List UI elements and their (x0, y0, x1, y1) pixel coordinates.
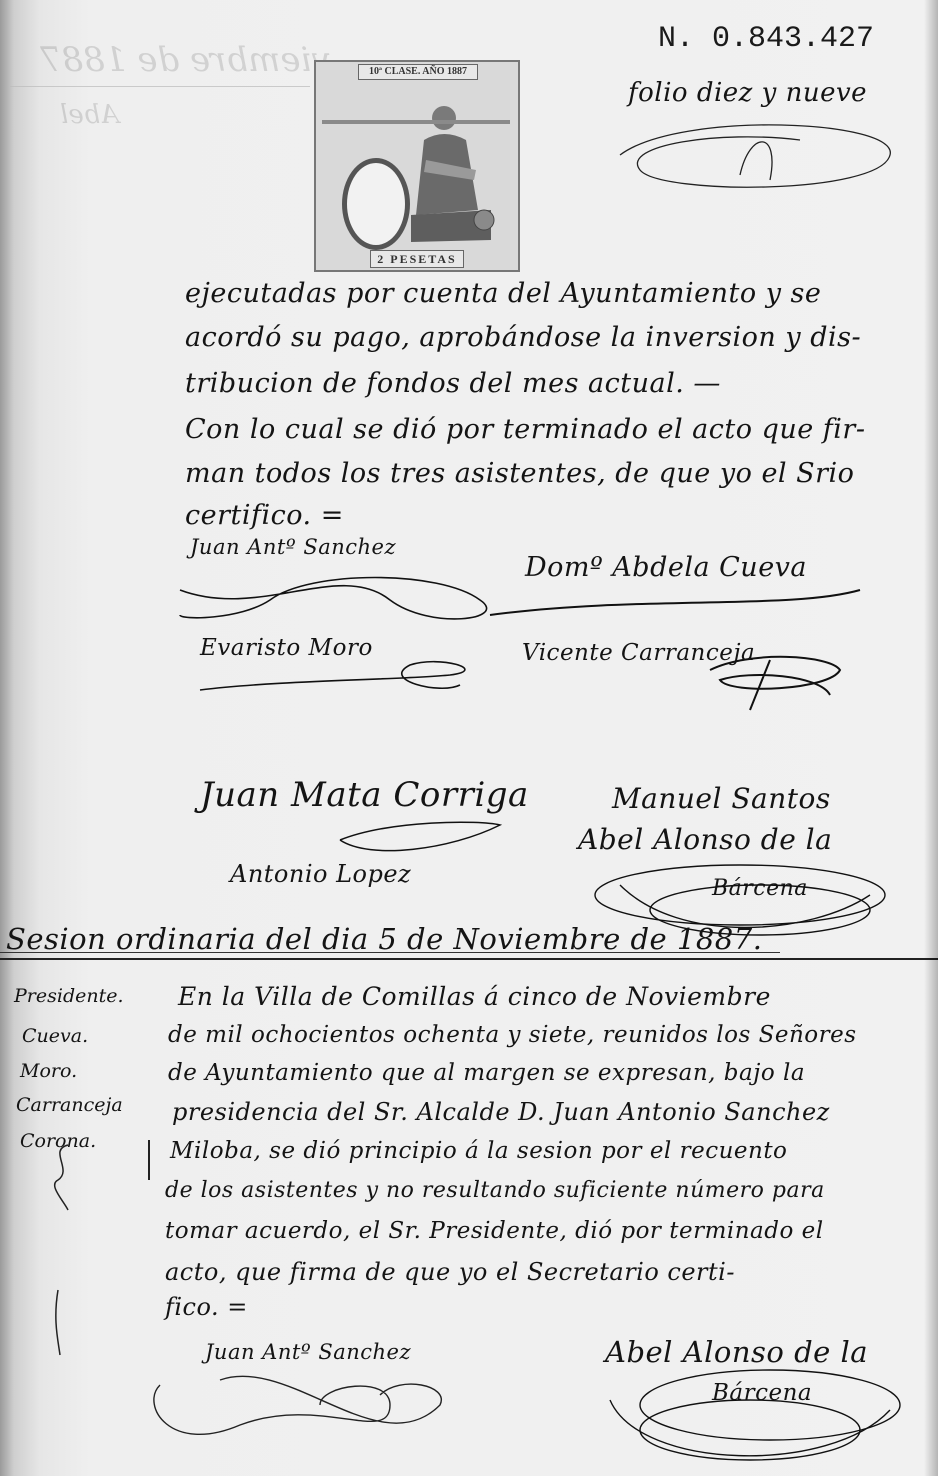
text-line: ejecutadas por cuenta del Ayuntamiento y… (185, 278, 821, 309)
text-line: tribucion de fondos del mes actual. — (185, 368, 721, 399)
bleed-through-text: Abel (60, 100, 119, 130)
folio-flourish (600, 100, 920, 210)
signature-scribble (710, 650, 850, 710)
session-heading: Sesion ordinaria del dia 5 de Noviembre … (6, 922, 762, 956)
signature: Antonio Lopez (230, 860, 411, 888)
signature-flourish (140, 1365, 460, 1465)
margin-brace (38, 1140, 78, 1360)
text-line: fico. = (165, 1293, 248, 1321)
signature-flourish (330, 820, 510, 860)
signature: Domº Abdela Cueva (525, 552, 807, 583)
text-line: Con lo cual se dió por terminado el acto… (185, 414, 865, 445)
text-line: de Ayuntamiento que al margen se expresa… (168, 1060, 805, 1086)
signature: Evaristo Moro (200, 635, 373, 661)
text-line: En la Villa de Comillas á cinco de Novie… (178, 982, 771, 1011)
margin-attendee: Moro. (20, 1060, 77, 1082)
stamp-bench (322, 120, 510, 124)
signature: Abel Alonso de la (578, 823, 832, 856)
signature: Juan Antº Sanchez (205, 1340, 411, 1364)
signature-underline (490, 585, 870, 625)
text-line: de mil ochocientos ochenta y siete, reun… (168, 1022, 857, 1048)
text-line: tomar acuerdo, el Sr. Presidente, dió po… (165, 1218, 824, 1244)
signature-flourish (180, 560, 500, 640)
text-line: de los asistentes y no resultando sufici… (165, 1178, 825, 1203)
signature: Juan Antº Sanchez (190, 535, 396, 559)
document-page: …viembre de 1887 Abel 10ª CLASE. AÑO 188… (0, 0, 938, 1476)
serial-number: N. 0.843.427 (658, 22, 874, 56)
margin-attendee: Presidente. (14, 985, 124, 1007)
text-line: Miloba, se dió principio á la sesion por… (170, 1138, 787, 1164)
margin-bracket (148, 1140, 150, 1180)
revenue-stamp: 10ª CLASE. AÑO 1887 2 PESETAS (314, 60, 520, 272)
margin-attendee: Cueva. (22, 1025, 88, 1047)
signature-flourish (600, 1360, 910, 1475)
stamp-oval-cartouche (342, 158, 410, 250)
bleed-through-rule (10, 86, 310, 87)
text-line: acto, que firma de que yo el Secretario … (165, 1258, 735, 1286)
signature: Juan Mata Corriga (200, 775, 529, 815)
text-line: certifico. = (185, 500, 344, 531)
stamp-value: 2 PESETAS (370, 250, 464, 268)
signature: Manuel Santos (612, 782, 831, 815)
margin-attendee: Carranceja (16, 1094, 123, 1116)
text-line: presidencia del Sr. Alcalde D. Juan Anto… (172, 1098, 830, 1126)
stamp-header: 10ª CLASE. AÑO 1887 (358, 64, 478, 80)
heading-underline (0, 952, 780, 953)
text-line: man todos los tres asistentes, de que yo… (185, 458, 854, 489)
signature-flourish (200, 665, 460, 725)
section-divider (0, 958, 938, 960)
text-line: acordó su pago, aprobándose la inversion… (185, 322, 861, 353)
